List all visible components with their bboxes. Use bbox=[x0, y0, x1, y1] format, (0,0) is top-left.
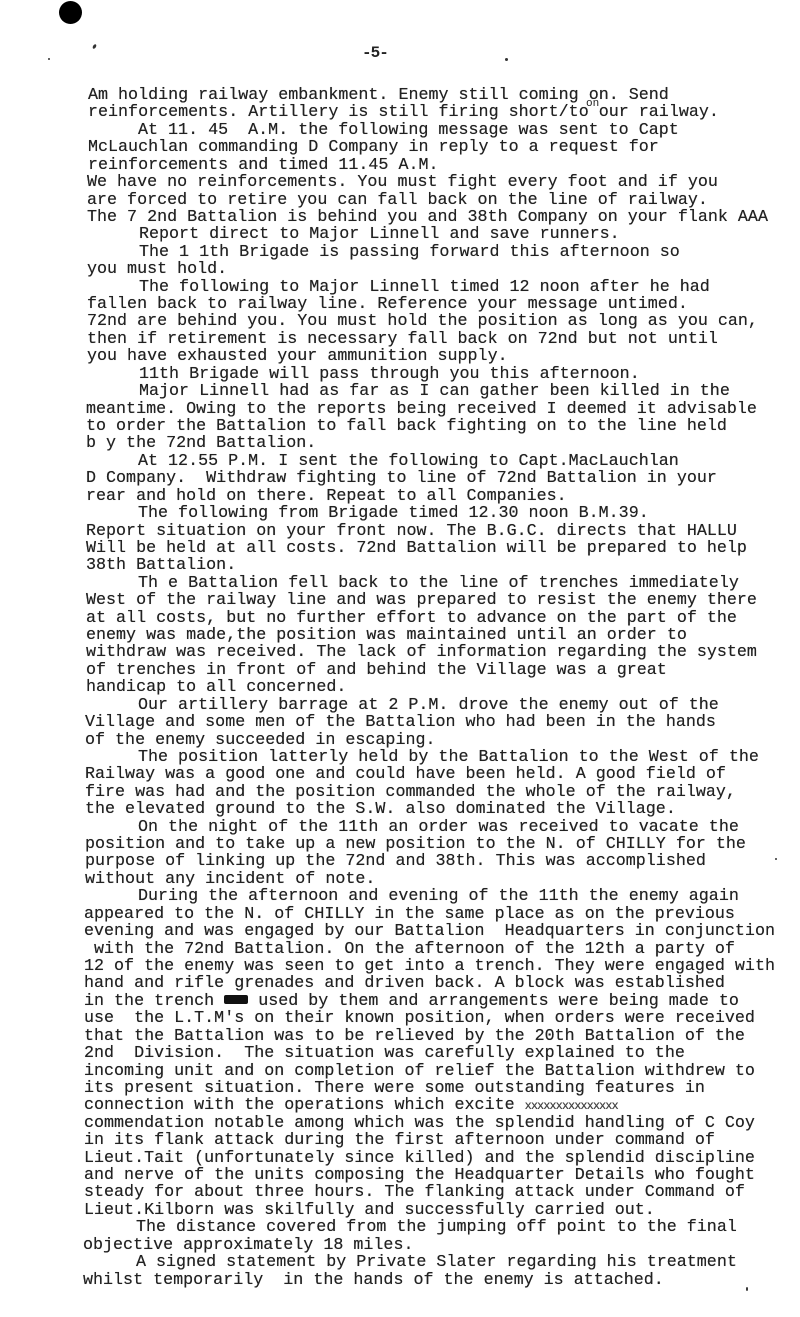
text-line: withdraw was received. The lack of infor… bbox=[86, 644, 757, 661]
text-line: D Company. Withdraw fighting to line of … bbox=[86, 470, 717, 487]
text-line: Report direct to Major Linnell and save … bbox=[139, 226, 620, 243]
text-line: evening and was engaged by our Battalion… bbox=[84, 923, 775, 940]
text-line: purpose of linking up the 72nd and 38th.… bbox=[85, 853, 706, 870]
text-line: are forced to retire you can fall back o… bbox=[87, 192, 708, 209]
text-line: meantime. Owing to the reports being rec… bbox=[86, 401, 757, 418]
text-line: 72nd are behind you. You must hold the p… bbox=[87, 313, 758, 330]
text-line: 38th Battalion. bbox=[86, 557, 236, 574]
text-line: position and to take up a new position t… bbox=[85, 836, 746, 853]
struck-out-word: xxxxxxxxxxxxxxx bbox=[525, 1099, 618, 1113]
text-line: b y the 72nd Battalion. bbox=[86, 435, 316, 452]
text-line: At 11. 45 A.M. the following message was… bbox=[138, 122, 679, 139]
blotted-word bbox=[224, 995, 248, 1004]
text-line: Am holding railway embankment. Enemy sti… bbox=[88, 87, 669, 104]
text-line: in its flank attack during the first aft… bbox=[84, 1132, 715, 1149]
text-line: incoming unit and on completion of relie… bbox=[84, 1063, 755, 1080]
text-line: The position latterly held by the Battal… bbox=[138, 749, 759, 766]
text-line: whilst temporarily in the hands of the e… bbox=[83, 1272, 664, 1289]
text-line: Report situation on your front now. The … bbox=[86, 523, 737, 540]
text-line: then if retirement is necessary fall bac… bbox=[87, 331, 718, 348]
text-line: Will be held at all costs. 72nd Battalio… bbox=[86, 540, 747, 557]
text-line: objective approximately 18 miles. bbox=[83, 1237, 413, 1254]
text-line: of the enemy succeeded in escaping. bbox=[85, 732, 436, 749]
text-line: On the night of the 11th an order was re… bbox=[138, 819, 739, 836]
text-line: you must hold. bbox=[87, 261, 227, 278]
text-line: A signed statement by Private Slater reg… bbox=[136, 1254, 737, 1271]
text-line: fallen back to railway line. Reference y… bbox=[87, 296, 688, 313]
text-line: Major Linnell had as far as I can gather… bbox=[139, 383, 730, 400]
speck-mark bbox=[92, 44, 97, 50]
text-line: to order the Battalion to fall back figh… bbox=[86, 418, 727, 435]
text-line: that the Battalion was to be relieved by… bbox=[84, 1028, 745, 1045]
text-line: the elevated ground to the S.W. also dom… bbox=[85, 801, 676, 818]
text-line: The 7 2nd Battalion is behind you and 38… bbox=[87, 209, 768, 226]
text-line: enemy was made,the position was maintain… bbox=[86, 627, 687, 644]
speck-mark bbox=[775, 858, 777, 860]
text-line: Th e Battalion fell back to the line of … bbox=[138, 575, 739, 592]
speck-mark bbox=[48, 58, 50, 60]
text-line: reinforcements. Artillery is still firin… bbox=[88, 104, 719, 121]
text-line: At 12.55 P.M. I sent the following to Ca… bbox=[138, 453, 679, 470]
text-line: appeared to the N. of CHILLY in the same… bbox=[84, 906, 735, 923]
speck-mark bbox=[505, 58, 508, 61]
text-line: rear and hold on there. Repeat to all Co… bbox=[86, 488, 567, 505]
text-line: fire was had and the position commanded … bbox=[85, 784, 736, 801]
text-line: Our artillery barrage at 2 P.M. drove th… bbox=[138, 697, 719, 714]
text-line: and nerve of the units composing the Hea… bbox=[84, 1167, 755, 1184]
text-line: hand and rifle grenades and driven back.… bbox=[84, 975, 725, 992]
text-line: steady for about three hours. The flanki… bbox=[84, 1184, 745, 1201]
text-line: Lieut.Kilborn was skilfully and successf… bbox=[84, 1202, 655, 1219]
text-line: without any incident of note. bbox=[85, 871, 375, 888]
text-line: During the afternoon and evening of the … bbox=[138, 888, 739, 905]
punch-hole-mark bbox=[59, 1, 82, 24]
text-line: The following from Brigade timed 12.30 n… bbox=[138, 505, 649, 522]
text-line: McLauchlan commanding D Company in reply… bbox=[88, 139, 659, 156]
text-line: of trenches in front of and behind the V… bbox=[86, 662, 667, 679]
text-line: 12 of the enemy was seen to get into a t… bbox=[84, 958, 775, 975]
text-line: its present situation. There were some o… bbox=[84, 1080, 705, 1097]
text-line: 11th Brigade will pass through you this … bbox=[139, 366, 640, 383]
text-line: connection with the operations which exc… bbox=[84, 1097, 618, 1115]
speck-mark bbox=[746, 1287, 748, 1291]
text-line: you have exhausted your ammunition suppl… bbox=[87, 348, 508, 365]
text-line: Lieut.Tait (unfortunately since killed) … bbox=[84, 1150, 755, 1167]
text-line: West of the railway line and was prepare… bbox=[86, 592, 757, 609]
text-line: in the trench used by them and arrangeme… bbox=[84, 993, 739, 1010]
text-line: at all costs, but no further effort to a… bbox=[86, 610, 737, 627]
text-line: Railway was a good one and could have be… bbox=[85, 766, 726, 783]
text-line: use the L.T.M's on their known position,… bbox=[84, 1010, 755, 1027]
text-line: The following to Major Linnell timed 12 … bbox=[139, 279, 710, 296]
text-line: with the 72nd Battalion. On the afternoo… bbox=[84, 941, 735, 958]
text-line: The 1 1th Brigade is passing forward thi… bbox=[139, 244, 680, 261]
page-number: -5- bbox=[362, 44, 388, 62]
text-line: The distance covered from the jumping of… bbox=[136, 1219, 737, 1236]
text-line: commendation notable among which was the… bbox=[84, 1115, 755, 1132]
text-line: Village and some men of the Battalion wh… bbox=[85, 714, 716, 731]
text-line: reinforcements and timed 11.45 A.M. bbox=[88, 157, 439, 174]
text-line: 2nd Division. The situation was carefull… bbox=[84, 1045, 685, 1062]
text-line: We have no reinforcements. You must figh… bbox=[87, 174, 718, 191]
text-line: handicap to all concerned. bbox=[86, 679, 346, 696]
